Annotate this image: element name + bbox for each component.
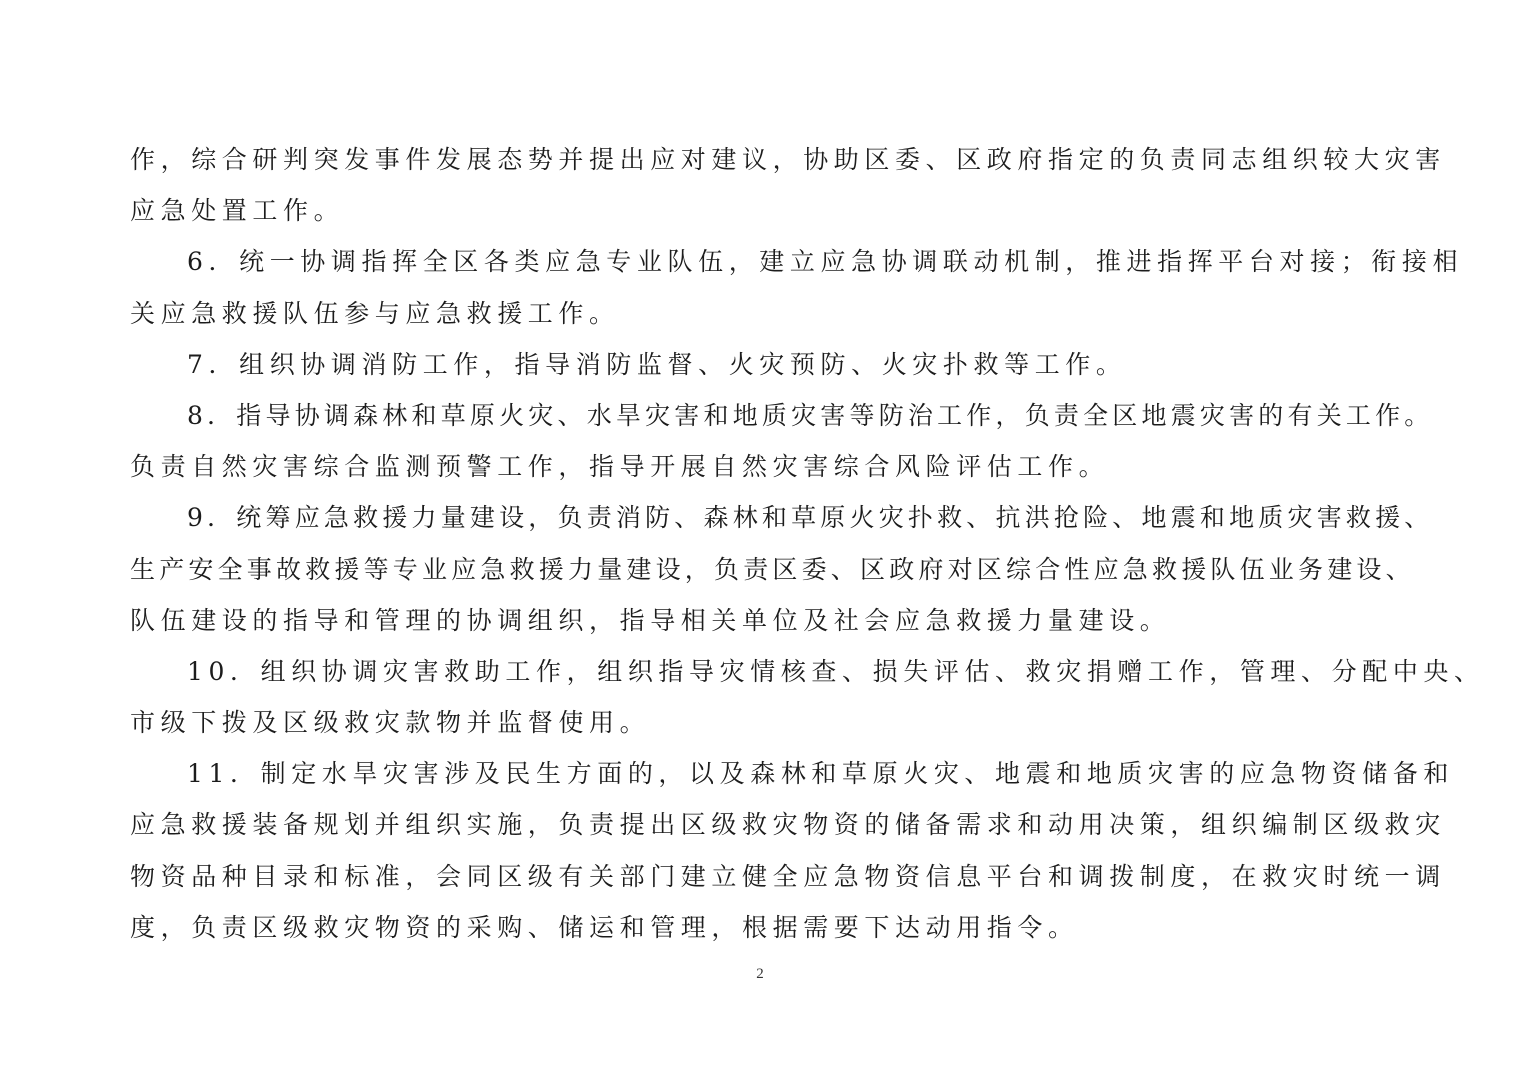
text-line: 关应急救援队伍参与应急救援工作。 (130, 294, 1390, 345)
text-line: 11．制定水旱灾害涉及民生方面的，以及森林和草原火灾、地震和地质灾害的应急物资储… (130, 754, 1390, 805)
paragraph-7: 7．组织协调消防工作，指导消防监督、火灾预防、火灾扑救等工作。 (130, 345, 1390, 396)
text-line: 生产安全事故救援等专业应急救援力量建设，负责区委、区政府对区综合性应急救援队伍业… (130, 550, 1390, 601)
paragraph-5-continuation: 作，综合研判突发事件发展态势并提出应对建议，协助区委、区政府指定的负责同志组织较… (130, 140, 1390, 242)
page-number: 2 (0, 966, 1520, 983)
paragraph-9: 9．统筹应急救援力量建设，负责消防、森林和草原火灾扑救、抗洪抢险、地震和地质灾害… (130, 498, 1390, 652)
paragraph-8: 8．指导协调森林和草原火灾、水旱灾害和地质灾害等防治工作，负责全区地震灾害的有关… (130, 396, 1390, 498)
text-line: 市级下拨及区级救灾款物并监督使用。 (130, 703, 1390, 754)
text-line: 应急处置工作。 (130, 191, 1390, 242)
text-line: 负责自然灾害综合监测预警工作，指导开展自然灾害综合风险评估工作。 (130, 447, 1390, 498)
text-line: 8．指导协调森林和草原火灾、水旱灾害和地质灾害等防治工作，负责全区地震灾害的有关… (130, 396, 1390, 447)
text-line: 度，负责区级救灾物资的采购、储运和管理，根据需要下达动用指令。 (130, 908, 1390, 959)
paragraph-6: 6．统一协调指挥全区各类应急专业队伍，建立应急协调联动机制，推进指挥平台对接；衔… (130, 242, 1390, 344)
text-line: 7．组织协调消防工作，指导消防监督、火灾预防、火灾扑救等工作。 (130, 345, 1390, 396)
text-line: 9．统筹应急救援力量建设，负责消防、森林和草原火灾扑救、抗洪抢险、地震和地质灾害… (130, 498, 1390, 549)
text-line: 队伍建设的指导和管理的协调组织，指导相关单位及社会应急救援力量建设。 (130, 601, 1390, 652)
text-line: 10．组织协调灾害救助工作，组织指导灾情核查、损失评估、救灾捐赠工作，管理、分配… (130, 652, 1390, 703)
text-line: 6．统一协调指挥全区各类应急专业队伍，建立应急协调联动机制，推进指挥平台对接；衔… (130, 242, 1390, 293)
text-line: 物资品种目录和标准，会同区级有关部门建立健全应急物资信息平台和调拨制度，在救灾时… (130, 857, 1390, 908)
document-page: 作，综合研判突发事件发展态势并提出应对建议，协助区委、区政府指定的负责同志组织较… (0, 0, 1520, 1074)
text-line: 作，综合研判突发事件发展态势并提出应对建议，协助区委、区政府指定的负责同志组织较… (130, 140, 1390, 191)
paragraph-11: 11．制定水旱灾害涉及民生方面的，以及森林和草原火灾、地震和地质灾害的应急物资储… (130, 754, 1390, 959)
document-body: 作，综合研判突发事件发展态势并提出应对建议，协助区委、区政府指定的负责同志组织较… (130, 140, 1390, 959)
text-line: 应急救援装备规划并组织实施，负责提出区级救灾物资的储备需求和动用决策，组织编制区… (130, 805, 1390, 856)
paragraph-10: 10．组织协调灾害救助工作，组织指导灾情核查、损失评估、救灾捐赠工作，管理、分配… (130, 652, 1390, 754)
